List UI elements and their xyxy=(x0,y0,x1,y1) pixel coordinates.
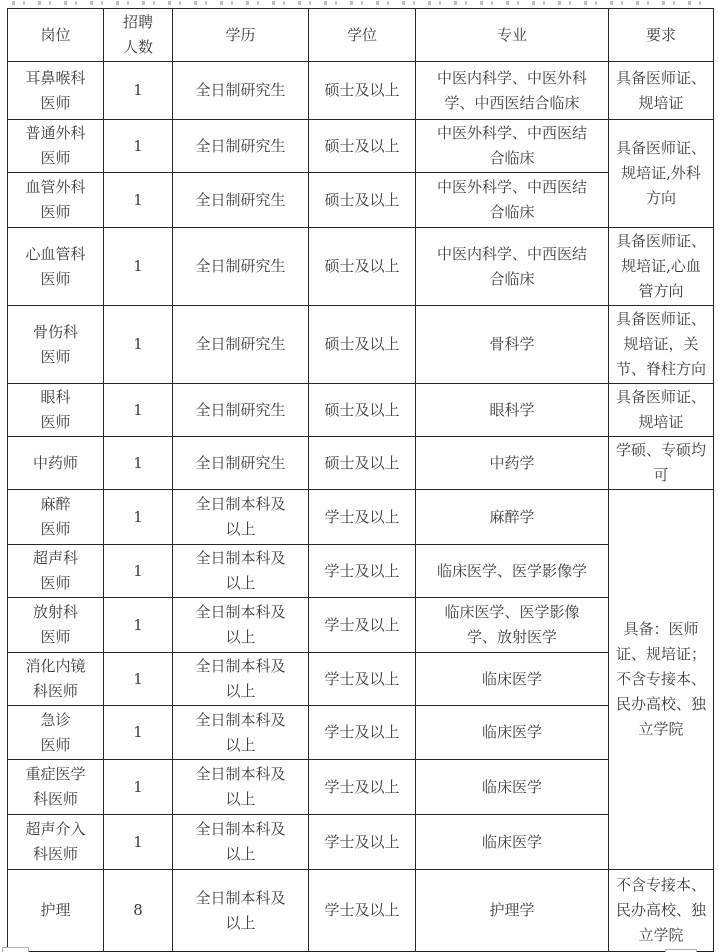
cell-degree: 学士及以上 xyxy=(309,706,416,760)
table-row: 超声科 医师 1 全日制本科及 以上 学士及以上 临床医学、医学影像学 xyxy=(8,545,714,598)
cell-major: 麻醉学 xyxy=(416,490,609,545)
cell-position: 麻醉 医师 xyxy=(8,490,104,545)
clipped-box-bottom-left xyxy=(2,947,29,952)
cell-degree: 学士及以上 xyxy=(309,653,416,706)
col-header-major: 专业 xyxy=(416,9,609,62)
cell-count: 1 xyxy=(104,437,173,490)
cell-major: 临床医学 xyxy=(416,815,609,870)
cell-major: 临床医学 xyxy=(416,760,609,815)
cell-education: 全日制研究生 xyxy=(173,306,309,384)
cell-degree: 学士及以上 xyxy=(309,760,416,815)
cell-major: 临床医学、医学影像 学、放射医学 xyxy=(416,598,609,653)
cell-degree: 硕士及以上 xyxy=(309,228,416,306)
cell-education: 全日制本科及 以上 xyxy=(173,706,309,760)
cell-count: 1 xyxy=(104,545,173,598)
cell-education: 全日制本科及 以上 xyxy=(173,815,309,870)
cell-education: 全日制本科及 以上 xyxy=(173,490,309,545)
table-row: 放射科 医师 1 全日制本科及 以上 学士及以上 临床医学、医学影像 学、放射医… xyxy=(8,598,714,653)
cell-major: 中医内科学、中西医结 合临床 xyxy=(416,228,609,306)
cell-education: 全日制研究生 xyxy=(173,120,309,173)
cell-count: 1 xyxy=(104,384,173,437)
cell-requirement-merged: 具备：医师 证、规培证； 不含专接本、 民办高校、独 立学院 xyxy=(609,490,714,870)
cell-degree: 学士及以上 xyxy=(309,545,416,598)
cell-major: 临床医学 xyxy=(416,653,609,706)
col-header-position: 岗位 xyxy=(8,9,104,62)
col-header-education: 学历 xyxy=(173,9,309,62)
table-row: 心血管科 医师 1 全日制研究生 硕士及以上 中医内科学、中西医结 合临床 具备… xyxy=(8,228,714,306)
cell-count: 1 xyxy=(104,760,173,815)
cell-requirement: 具备医师证、 规培证,心血 管方向 xyxy=(609,228,714,306)
cell-degree: 硕士及以上 xyxy=(309,306,416,384)
cell-position: 心血管科 医师 xyxy=(8,228,104,306)
table-row: 血管外科 医师 1 全日制研究生 硕士及以上 中医外科学、中西医结 合临床 xyxy=(8,173,714,228)
table-row: 消化内镜 科医师 1 全日制本科及 以上 学士及以上 临床医学 xyxy=(8,653,714,706)
cell-requirement: 不含专接本、 民办高校、独 立学院 xyxy=(609,870,714,952)
cell-major: 护理学 xyxy=(416,870,609,952)
cell-degree: 硕士及以上 xyxy=(309,437,416,490)
table-row: 急诊 医师 1 全日制本科及 以上 学士及以上 临床医学 xyxy=(8,706,714,760)
recruitment-table: 岗位 招聘 人数 学历 学位 专业 要求 耳鼻喉科 医师 1 全日制研究生 硕士… xyxy=(7,8,714,952)
cell-count: 8 xyxy=(104,870,173,952)
table-row: 耳鼻喉科 医师 1 全日制研究生 硕士及以上 中医内科学、中医外科 学、中西医结… xyxy=(8,62,714,120)
clipped-title-remnant xyxy=(12,1,707,5)
table-row: 麻醉 医师 1 全日制本科及 以上 学士及以上 麻醉学 具备：医师 证、规培证；… xyxy=(8,490,714,545)
cell-education: 全日制本科及 以上 xyxy=(173,760,309,815)
cell-requirement-merged: 具备医师证、 规培证,外科 方向 xyxy=(609,120,714,228)
col-header-degree: 学位 xyxy=(309,9,416,62)
cell-count: 1 xyxy=(104,598,173,653)
cell-position: 眼科 医师 xyxy=(8,384,104,437)
cell-count: 1 xyxy=(104,228,173,306)
cell-major: 中医外科学、中西医结 合临床 xyxy=(416,120,609,173)
table-row: 重症医学 科医师 1 全日制本科及 以上 学士及以上 临床医学 xyxy=(8,760,714,815)
cell-major: 中医外科学、中西医结 合临床 xyxy=(416,173,609,228)
cell-position: 急诊 医师 xyxy=(8,706,104,760)
cell-major: 临床医学、医学影像学 xyxy=(416,545,609,598)
table-row: 眼科 医师 1 全日制研究生 硕士及以上 眼科学 具备医师证、 规培证 xyxy=(8,384,714,437)
cell-count: 1 xyxy=(104,306,173,384)
cell-count: 1 xyxy=(104,653,173,706)
cell-major: 中药学 xyxy=(416,437,609,490)
table-row: 超声介入 科医师 1 全日制本科及 以上 学士及以上 临床医学 xyxy=(8,815,714,870)
cell-count: 1 xyxy=(104,62,173,120)
cell-position: 护理 xyxy=(8,870,104,952)
table-row: 护理 8 全日制本科及 以上 学士及以上 护理学 不含专接本、 民办高校、独 立… xyxy=(8,870,714,952)
cell-education: 全日制研究生 xyxy=(173,173,309,228)
cell-position: 普通外科 医师 xyxy=(8,120,104,173)
cell-count: 1 xyxy=(104,706,173,760)
cell-position: 骨伤科 医师 xyxy=(8,306,104,384)
col-header-count: 招聘 人数 xyxy=(104,9,173,62)
cell-education: 全日制研究生 xyxy=(173,384,309,437)
table-row: 骨伤科 医师 1 全日制研究生 硕士及以上 骨科学 具备医师证、 规培证，关 节… xyxy=(8,306,714,384)
cell-education: 全日制本科及 以上 xyxy=(173,653,309,706)
cell-degree: 硕士及以上 xyxy=(309,120,416,173)
cell-count: 1 xyxy=(104,120,173,173)
cell-degree: 硕士及以上 xyxy=(309,173,416,228)
header-row: 岗位 招聘 人数 学历 学位 专业 要求 xyxy=(8,9,714,62)
cell-degree: 硕士及以上 xyxy=(309,384,416,437)
cell-count: 1 xyxy=(104,815,173,870)
cell-position: 放射科 医师 xyxy=(8,598,104,653)
cell-education: 全日制本科及 以上 xyxy=(173,870,309,952)
table-row: 中药师 1 全日制研究生 硕士及以上 中药学 学硕、专硕均 可 xyxy=(8,437,714,490)
cell-major: 眼科学 xyxy=(416,384,609,437)
cell-position: 消化内镜 科医师 xyxy=(8,653,104,706)
cell-degree: 硕士及以上 xyxy=(309,62,416,120)
cell-position: 耳鼻喉科 医师 xyxy=(8,62,104,120)
cell-requirement: 具备医师证、 规培证，关 节、脊柱方向 xyxy=(609,306,714,384)
cell-position: 超声介入 科医师 xyxy=(8,815,104,870)
cell-major: 临床医学 xyxy=(416,706,609,760)
cell-education: 全日制研究生 xyxy=(173,437,309,490)
cell-requirement: 学硕、专硕均 可 xyxy=(609,437,714,490)
cell-requirement: 具备医师证、 规培证 xyxy=(609,62,714,120)
cell-education: 全日制本科及 以上 xyxy=(173,545,309,598)
cell-position: 超声科 医师 xyxy=(8,545,104,598)
cell-degree: 学士及以上 xyxy=(309,490,416,545)
table-row: 普通外科 医师 1 全日制研究生 硕士及以上 中医外科学、中西医结 合临床 具备… xyxy=(8,120,714,173)
cell-count: 1 xyxy=(104,173,173,228)
cell-position: 血管外科 医师 xyxy=(8,173,104,228)
cell-education: 全日制本科及 以上 xyxy=(173,598,309,653)
cell-education: 全日制研究生 xyxy=(173,228,309,306)
cell-position: 中药师 xyxy=(8,437,104,490)
cell-degree: 学士及以上 xyxy=(309,870,416,952)
cell-degree: 学士及以上 xyxy=(309,598,416,653)
cell-count: 1 xyxy=(104,490,173,545)
col-header-requirement: 要求 xyxy=(609,9,714,62)
cell-major: 中医内科学、中医外科 学、中西医结合临床 xyxy=(416,62,609,120)
page: 岗位 招聘 人数 学历 学位 专业 要求 耳鼻喉科 医师 1 全日制研究生 硕士… xyxy=(0,0,719,952)
cell-degree: 学士及以上 xyxy=(309,815,416,870)
cell-requirement: 具备医师证、 规培证 xyxy=(609,384,714,437)
cell-education: 全日制研究生 xyxy=(173,62,309,120)
cell-position: 重症医学 科医师 xyxy=(8,760,104,815)
cell-major: 骨科学 xyxy=(416,306,609,384)
